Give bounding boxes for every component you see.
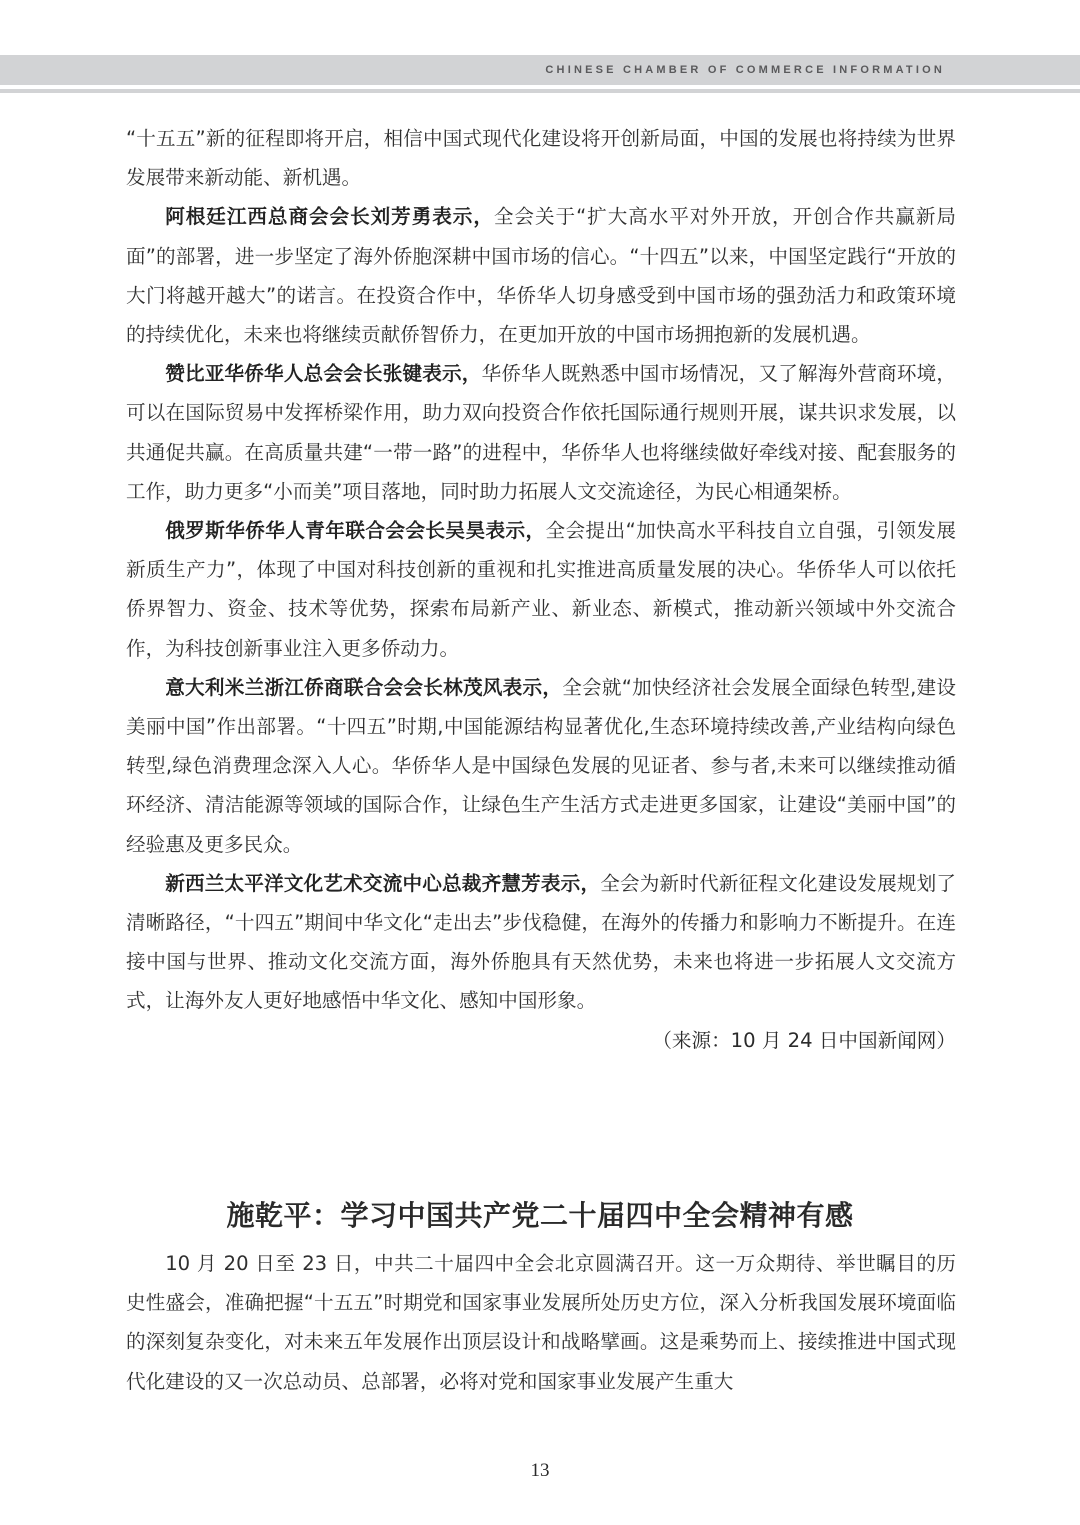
header-divider: [0, 89, 1080, 93]
paragraph-argentina-quote: 阿根廷江西总商会会长刘芳勇表示，全会关于“扩大高水平对外开放，开创合作共赢新局面…: [126, 197, 956, 354]
paragraph-opening: 10 月 20 日至 23 日，中共二十届四中全会北京圆满召开。这一万众期待、举…: [126, 1244, 956, 1401]
paragraph-text: 10 月 20 日至 23 日，中共二十届四中全会北京圆满召开。这一万众期待、举…: [126, 1252, 956, 1393]
header-band: CHINESE CHAMBER OF COMMERCE INFORMATION: [0, 55, 1080, 85]
article-continued-body: “十五五”新的征程即将开启，相信中国式现代化建设将开创新局面，中国的发展也将持续…: [126, 119, 956, 1060]
paragraph-text: “十五五”新的征程即将开启，相信中国式现代化建设将开创新局面，中国的发展也将持续…: [126, 127, 956, 189]
paragraph-intro: “十五五”新的征程即将开启，相信中国式现代化建设将开创新局面，中国的发展也将持续…: [126, 119, 956, 197]
paragraph-zambia-quote: 赞比亚华侨华人总会会长张键表示，华侨华人既熟悉中国市场情况，又了解海外营商环境，…: [126, 354, 956, 511]
paragraph-text: 全会就“加快经济社会发展全面绿色转型,建设美丽中国”作出部署。“十四五”时期,中…: [126, 676, 956, 856]
article-body: 10 月 20 日至 23 日，中共二十届四中全会北京圆满召开。这一万众期待、举…: [126, 1244, 956, 1401]
paragraph-newzealand-quote: 新西兰太平洋文化艺术交流中心总裁齐慧芳表示，全会为新时代新征程文化建设发展规划了…: [126, 864, 956, 1021]
speaker-name: 意大利米兰浙江侨商联合会会长林茂风表示，: [165, 676, 562, 699]
publication-name: CHINESE CHAMBER OF COMMERCE INFORMATION: [545, 64, 945, 76]
paragraph-russia-quote: 俄罗斯华侨华人青年联合会会长吴昊表示，全会提出“加快高水平科技自立自强，引领发展…: [126, 511, 956, 668]
speaker-name: 阿根廷江西总商会会长刘芳勇表示，: [165, 205, 494, 228]
article-title: 施乾平：学习中国共产党二十届四中全会精神有感: [0, 1194, 1080, 1234]
paragraph-italy-quote: 意大利米兰浙江侨商联合会会长林茂风表示，全会就“加快经济社会发展全面绿色转型,建…: [126, 668, 956, 864]
speaker-name: 赞比亚华侨华人总会会长张键表示，: [165, 362, 481, 385]
speaker-name: 俄罗斯华侨华人青年联合会会长吴昊表示，: [165, 519, 545, 542]
page-number: 13: [0, 1460, 1080, 1482]
source-citation: （来源：10 月 24 日中国新闻网）: [126, 1021, 956, 1060]
speaker-name: 新西兰太平洋文化艺术交流中心总裁齐慧芳表示，: [165, 872, 600, 895]
